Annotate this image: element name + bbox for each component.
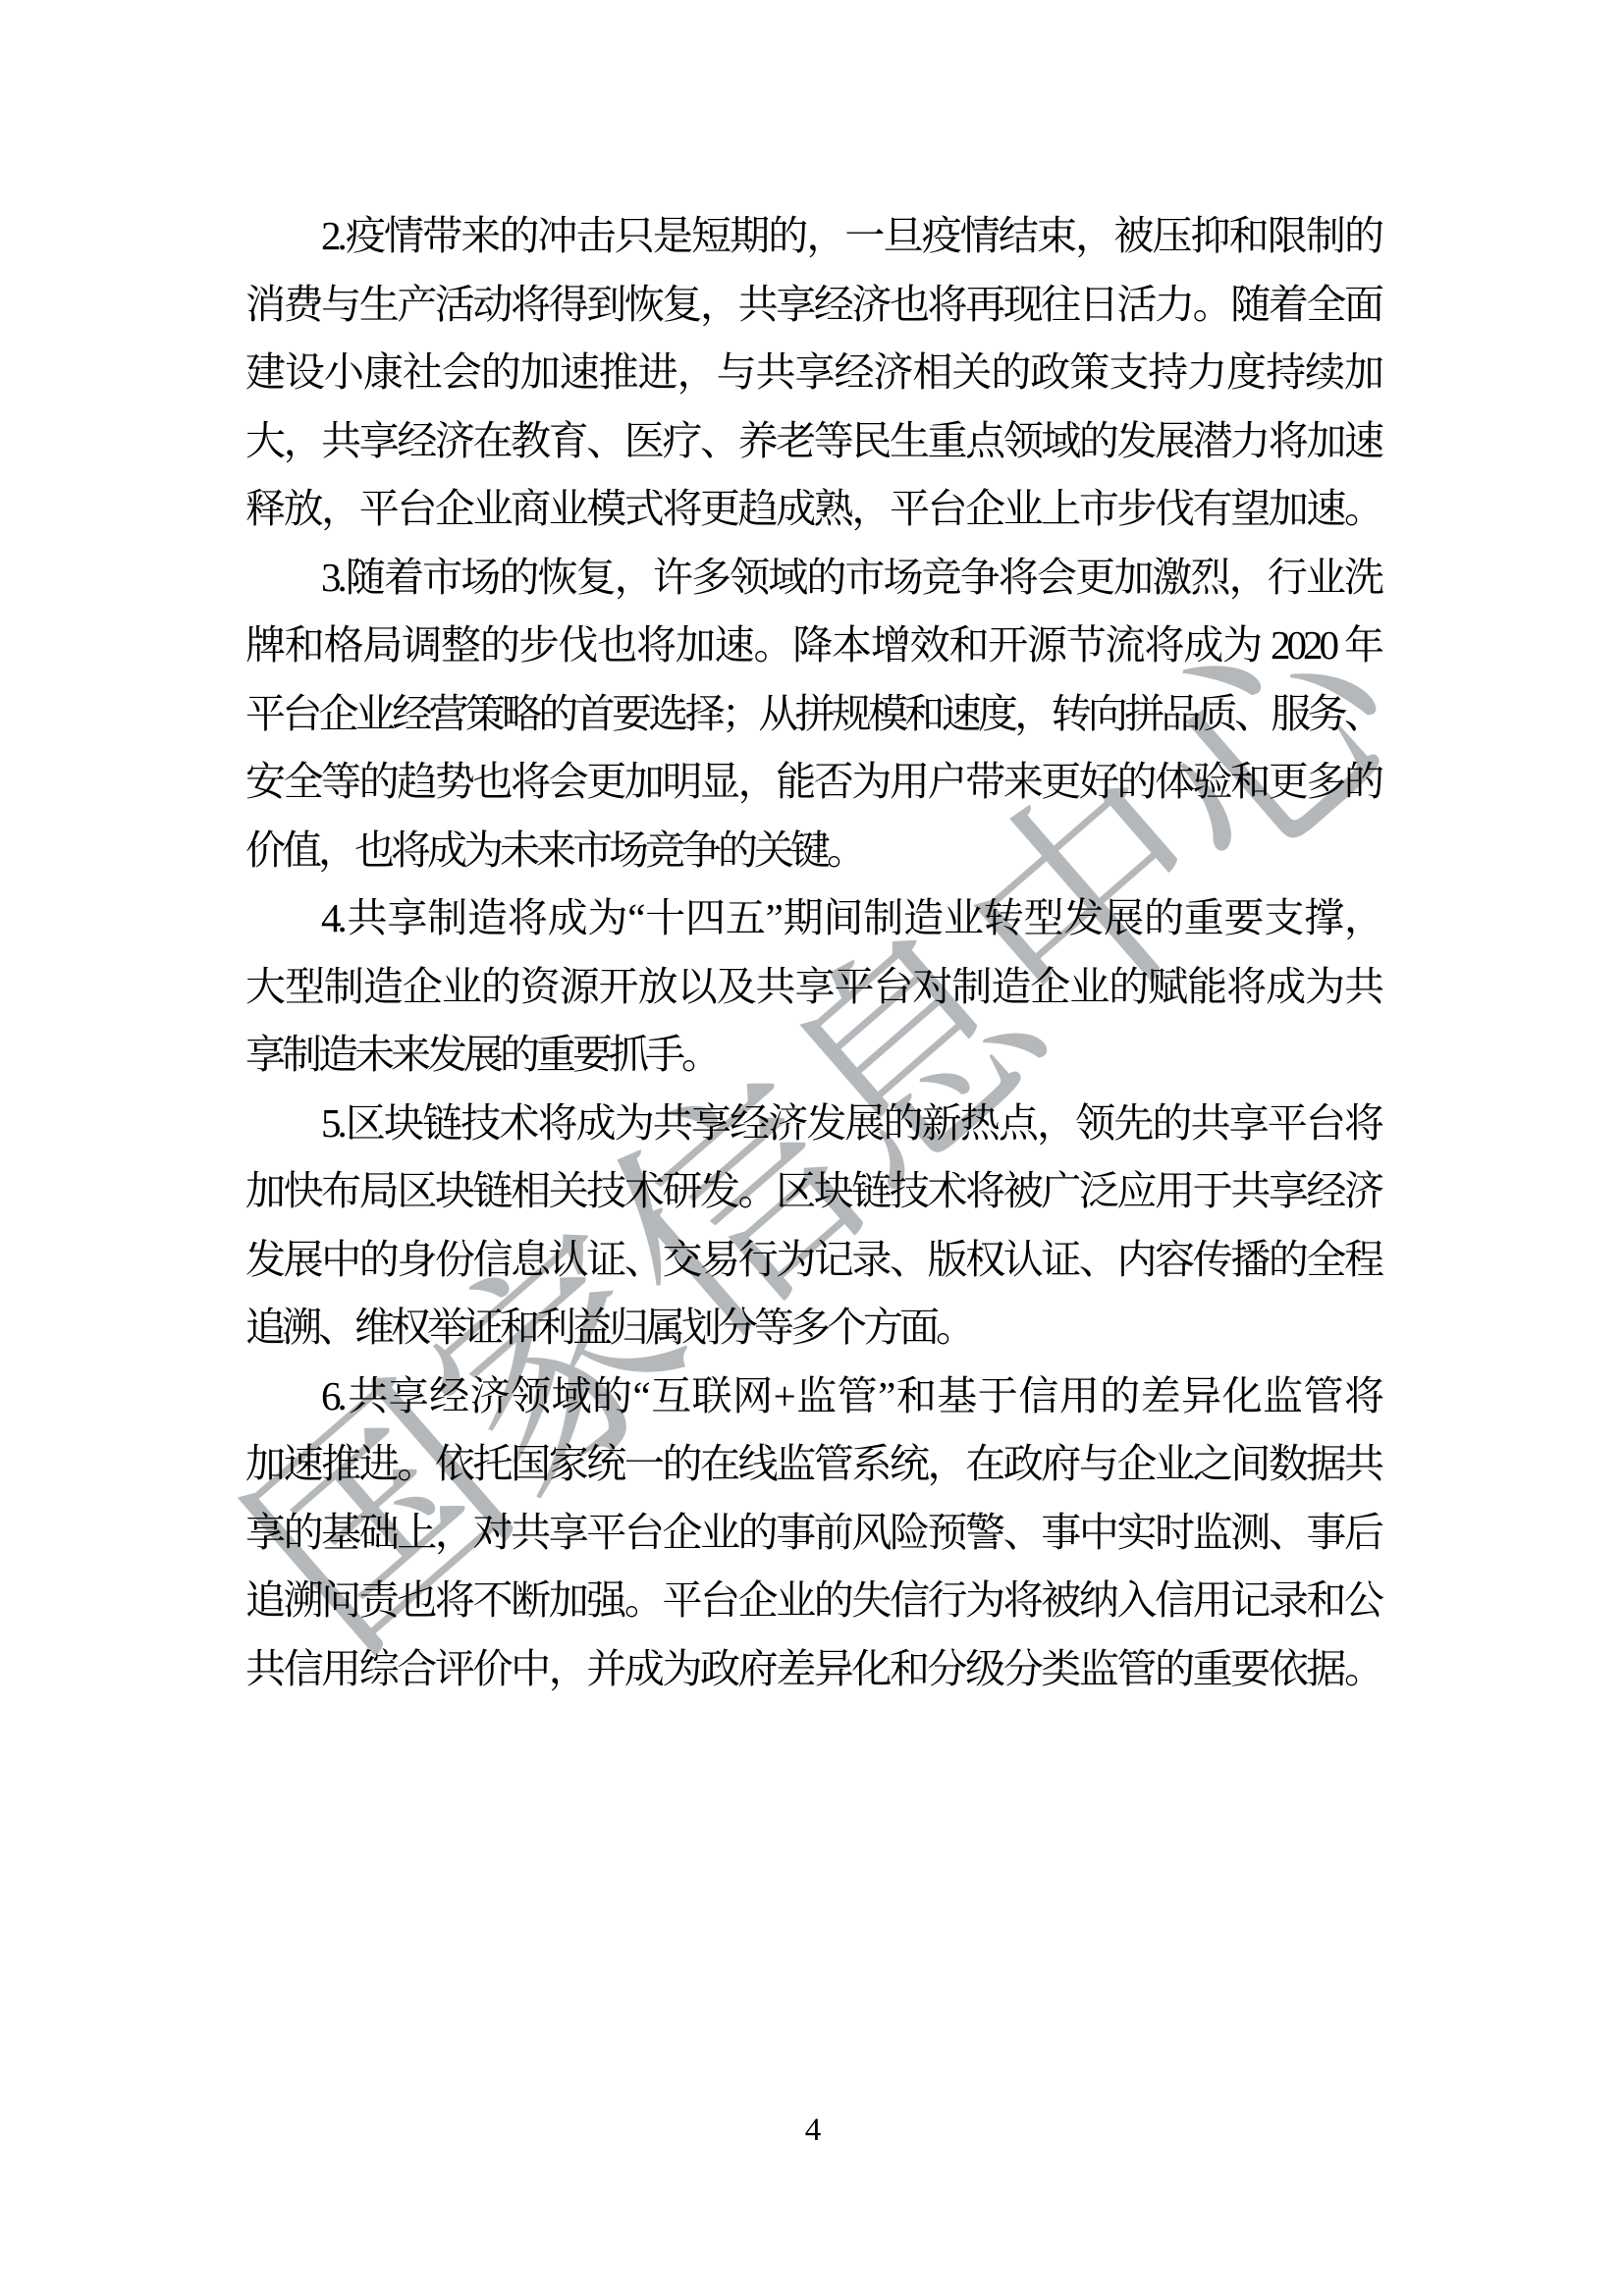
paragraph-line: 5.区块链技术将成为共享经济发展的新热点，领先的共享平台将 <box>245 1090 1380 1158</box>
paragraph-line: 4.共享制造将成为“十四五”期间制造业转型发展的重要支撑， <box>245 884 1380 953</box>
paragraph-line: 消费与生产活动将得到恢复，共享经济也将再现往日活力。随着全面 <box>245 271 1380 340</box>
paragraph-line: 牌和格局调整的步伐也将加速。降本增效和开源节流将成为 2020 年 <box>245 612 1380 680</box>
page-number: 4 <box>245 2112 1380 2149</box>
paragraph-line: 追溯问责也将不断加强。平台企业的失信行为将被纳入信用记录和公 <box>245 1567 1380 1635</box>
paragraph-line: 3.随着市场的恢复，许多领域的市场竞争将会更加激烈，行业洗 <box>245 544 1380 613</box>
paragraph-line: 享制造未来发展的重要抓手。 <box>245 1021 1380 1090</box>
paragraph-line: 安全等的趋势也将会更加明显，能否为用户带来更好的体验和更多的 <box>245 748 1380 817</box>
paragraph-line: 追溯、维权举证和利益归属划分等多个方面。 <box>245 1294 1380 1362</box>
paragraph-line: 2.疫情带来的冲击只是短期的，一旦疫情结束，被压抑和限制的 <box>245 202 1380 271</box>
paragraph-line: 释放，平台企业商业模式将更趋成熟，平台企业上市步伐有望加速。 <box>245 475 1380 544</box>
paragraph-line: 平台企业经营策略的首要选择；从拼规模和速度，转向拼品质、服务、 <box>245 680 1380 749</box>
paragraph-line: 发展中的身份信息认证、交易行为记录、版权认证、内容传播的全程 <box>245 1226 1380 1295</box>
paragraph-line: 加快布局区块链相关技术研发。区块链技术将被广泛应用于共享经济 <box>245 1157 1380 1226</box>
paragraph-line: 大型制造企业的资源开放以及共享平台对制造企业的赋能将成为共 <box>245 953 1380 1022</box>
paragraph-line: 加速推进。依托国家统一的在线监管系统，在政府与企业之间数据共 <box>245 1430 1380 1499</box>
paragraph-line: 共信用综合评价中，并成为政府差异化和分级分类监管的重要依据。 <box>245 1635 1380 1704</box>
paragraph-line: 6.共享经济领域的“互联网+监管”和基于信用的差异化监管将 <box>245 1362 1380 1431</box>
document-body: 2.疫情带来的冲击只是短期的，一旦疫情结束，被压抑和限制的消费与生产活动将得到恢… <box>245 202 1380 1703</box>
paragraph-line: 享的基础上，对共享平台企业的事前风险预警、事中实时监测、事后 <box>245 1499 1380 1568</box>
paragraph-line: 价值，也将成为未来市场竞争的关键。 <box>245 817 1380 885</box>
paragraph-line: 建设小康社会的加速推进，与共享经济相关的政策支持力度持续加 <box>245 339 1380 407</box>
paragraph-line: 大，共享经济在教育、医疗、养老等民生重点领域的发展潜力将加速 <box>245 407 1380 476</box>
document-page: 国家信息中心 2.疫情带来的冲击只是短期的，一旦疫情结束，被压抑和限制的消费与生… <box>0 0 1624 2296</box>
